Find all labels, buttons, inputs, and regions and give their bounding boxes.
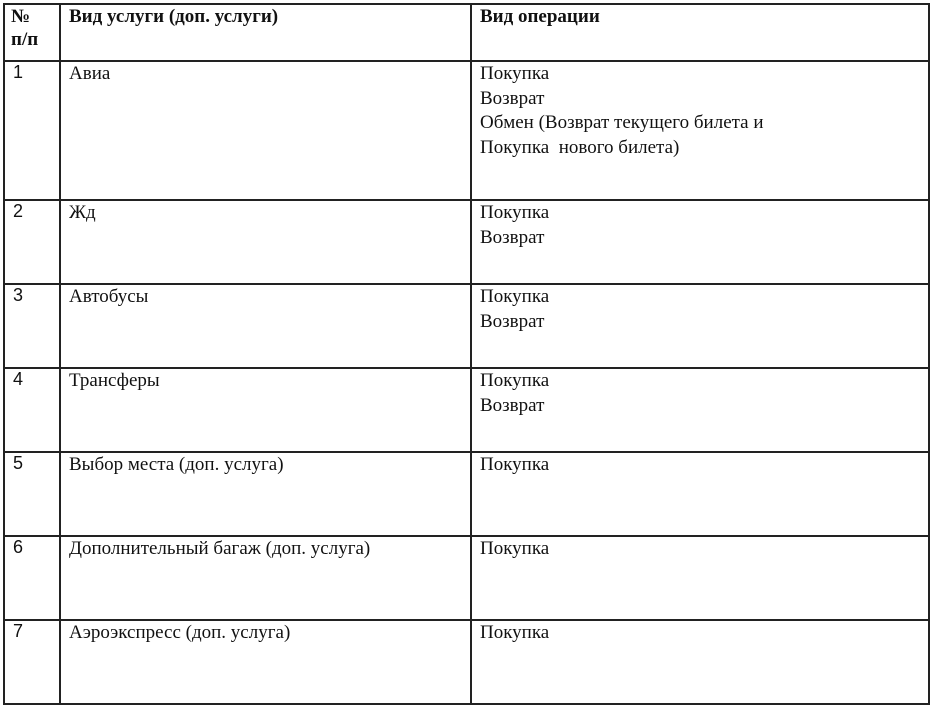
row-number: 3 [4, 284, 60, 368]
operation-item: Обмен (Возврат текущего билета и [480, 111, 920, 136]
row-number: 1 [4, 61, 60, 200]
row-number: 4 [4, 368, 60, 452]
operation-item: Покупка [480, 369, 920, 394]
operation-item: Покупка [480, 537, 920, 562]
header-operation: Вид операции [471, 4, 929, 61]
table-row: 1АвиаПокупкаВозвратОбмен (Возврат текуще… [4, 61, 929, 200]
operation-item: Покупка нового билета) [480, 136, 920, 161]
operations-cell: Покупка [471, 452, 929, 536]
row-number: 5 [4, 452, 60, 536]
operations-cell: ПокупкаВозврат [471, 284, 929, 368]
row-number: 2 [4, 200, 60, 284]
table-row: 3АвтобусыПокупкаВозврат [4, 284, 929, 368]
service-name: Дополнительный багаж (доп. услуга) [60, 536, 471, 620]
table-row: 6Дополнительный багаж (доп. услуга)Покуп… [4, 536, 929, 620]
table-row: 4ТрансферыПокупкаВозврат [4, 368, 929, 452]
operations-cell: ПокупкаВозвратОбмен (Возврат текущего би… [471, 61, 929, 200]
header-service: Вид услуги (доп. услуги) [60, 4, 471, 61]
operation-item: Покупка [480, 62, 920, 87]
table-header-row: № п/п Вид услуги (доп. услуги) Вид опера… [4, 4, 929, 61]
service-name: Автобусы [60, 284, 471, 368]
operation-item: Возврат [480, 226, 920, 251]
operations-cell: Покупка [471, 536, 929, 620]
row-number: 6 [4, 536, 60, 620]
header-number: № п/п [4, 4, 60, 61]
operation-item: Покупка [480, 201, 920, 226]
service-name: Жд [60, 200, 471, 284]
operation-item: Покупка [480, 285, 920, 310]
operations-cell: Покупка [471, 620, 929, 704]
operation-item: Возврат [480, 310, 920, 335]
operation-item: Покупка [480, 453, 920, 478]
table-row: 5Выбор места (доп. услуга)Покупка [4, 452, 929, 536]
operations-cell: ПокупкаВозврат [471, 200, 929, 284]
service-name: Трансферы [60, 368, 471, 452]
service-name: Выбор места (доп. услуга) [60, 452, 471, 536]
table-row: 7Аэроэкспресс (доп. услуга)Покупка [4, 620, 929, 704]
operation-item: Возврат [480, 87, 920, 112]
table-row: 2ЖдПокупкаВозврат [4, 200, 929, 284]
service-name: Авиа [60, 61, 471, 200]
row-number: 7 [4, 620, 60, 704]
services-table: № п/п Вид услуги (доп. услуги) Вид опера… [3, 3, 930, 705]
service-name: Аэроэкспресс (доп. услуга) [60, 620, 471, 704]
operation-item: Возврат [480, 394, 920, 419]
operation-item: Покупка [480, 621, 920, 646]
operations-cell: ПокупкаВозврат [471, 368, 929, 452]
